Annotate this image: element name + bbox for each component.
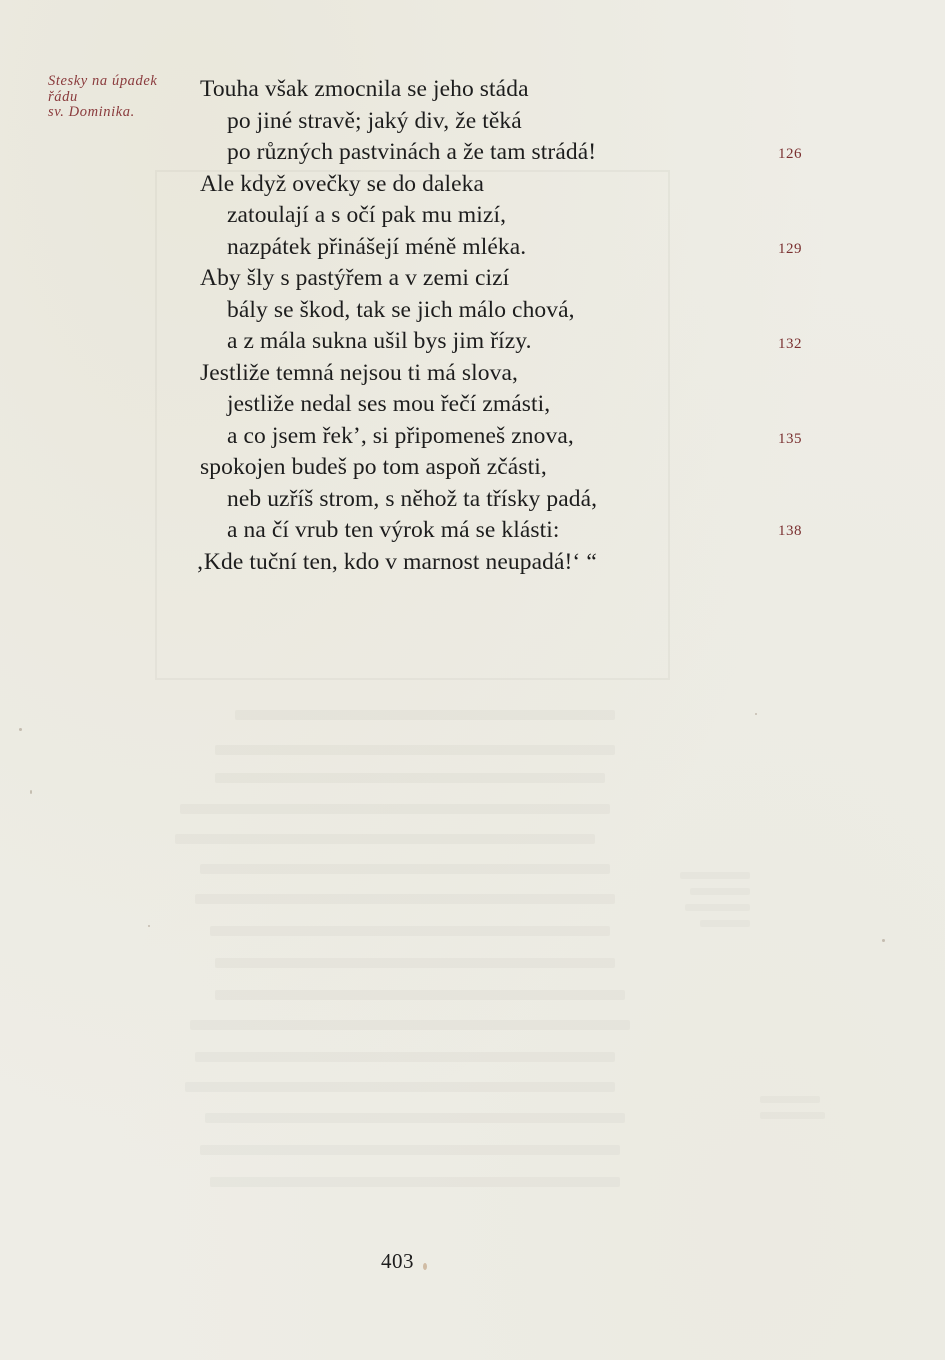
verse-line: neb uzříš strom, s něhož ta třísky padá, — [200, 484, 720, 516]
verse-line: jestliže nedal ses mou řečí zmásti, — [200, 389, 720, 421]
verse-line: bály se škod, tak se jich málo chová, — [200, 295, 720, 327]
show-through-line — [215, 773, 605, 783]
verse-line: Jestliže temná nejsou ti má slova, — [200, 358, 720, 390]
verse-line: a co jsem řek’, si připomeneš znova, — [200, 421, 720, 453]
verse-line: spokojen budeš po tom aspoň zčásti, — [200, 452, 720, 484]
show-through-note — [690, 888, 750, 895]
line-number: 129 — [778, 241, 802, 258]
show-through-line — [205, 1113, 625, 1123]
verse-line: po jiné stravě; jaký div, že těká — [200, 106, 720, 138]
show-through-line — [175, 834, 595, 844]
verse-line: ‚Kde tuční ten, kdo v marnost neupadá!‘ … — [196, 547, 720, 579]
verse-line: a na čí vrub ten výrok má se klásti: — [200, 515, 720, 547]
page-number: 403 — [381, 1249, 414, 1274]
paper-speck — [30, 790, 32, 794]
verse-line: nazpátek přinášejí méně mléka. — [200, 232, 720, 264]
margin-note-line: řádu — [48, 90, 198, 106]
paper-speck — [148, 925, 150, 927]
margin-note-line: Stesky na úpadek — [48, 74, 198, 90]
verse-block: Touha však zmocnila se jeho stáda po jin… — [200, 74, 720, 578]
show-through-line — [215, 745, 615, 755]
show-through-line — [180, 804, 610, 814]
show-through-note — [760, 1112, 825, 1119]
show-through-line — [210, 926, 610, 936]
show-through-line — [210, 1177, 620, 1187]
line-number: 135 — [778, 431, 802, 448]
verse-line: po různých pastvinách a že tam strádá! — [200, 137, 720, 169]
line-number: 132 — [778, 336, 802, 353]
show-through-line — [195, 1052, 615, 1062]
show-through-line — [215, 990, 625, 1000]
show-through-note — [760, 1096, 820, 1103]
verse-line: Ale když ovečky se do daleka — [200, 169, 720, 201]
show-through-line — [200, 864, 610, 874]
verse-line: a z mála sukna ušil bys jim řízy. — [200, 326, 720, 358]
paper-speck — [755, 713, 757, 715]
show-through-note — [685, 904, 750, 911]
show-through-line — [235, 710, 615, 720]
show-through-line — [190, 1020, 630, 1030]
paper-speck — [19, 728, 22, 731]
show-through-line — [200, 1145, 620, 1155]
show-through-line — [185, 1082, 615, 1092]
verse-line: Aby šly s pastýřem a v zemi cizí — [200, 263, 720, 295]
paper-speck — [423, 1263, 427, 1270]
show-through-line — [195, 894, 615, 904]
paper-speck — [882, 939, 885, 942]
show-through-note — [680, 872, 750, 879]
margin-note-line: sv. Dominika. — [48, 105, 198, 121]
show-through-note — [700, 920, 750, 927]
verse-line: Touha však zmocnila se jeho stáda — [200, 74, 720, 106]
show-through-line — [215, 958, 615, 968]
margin-note: Stesky na úpadek řádu sv. Dominika. — [48, 74, 198, 121]
verse-line: zatoulají a s očí pak mu mizí, — [200, 200, 720, 232]
line-number: 138 — [778, 523, 802, 540]
line-number: 126 — [778, 146, 802, 163]
